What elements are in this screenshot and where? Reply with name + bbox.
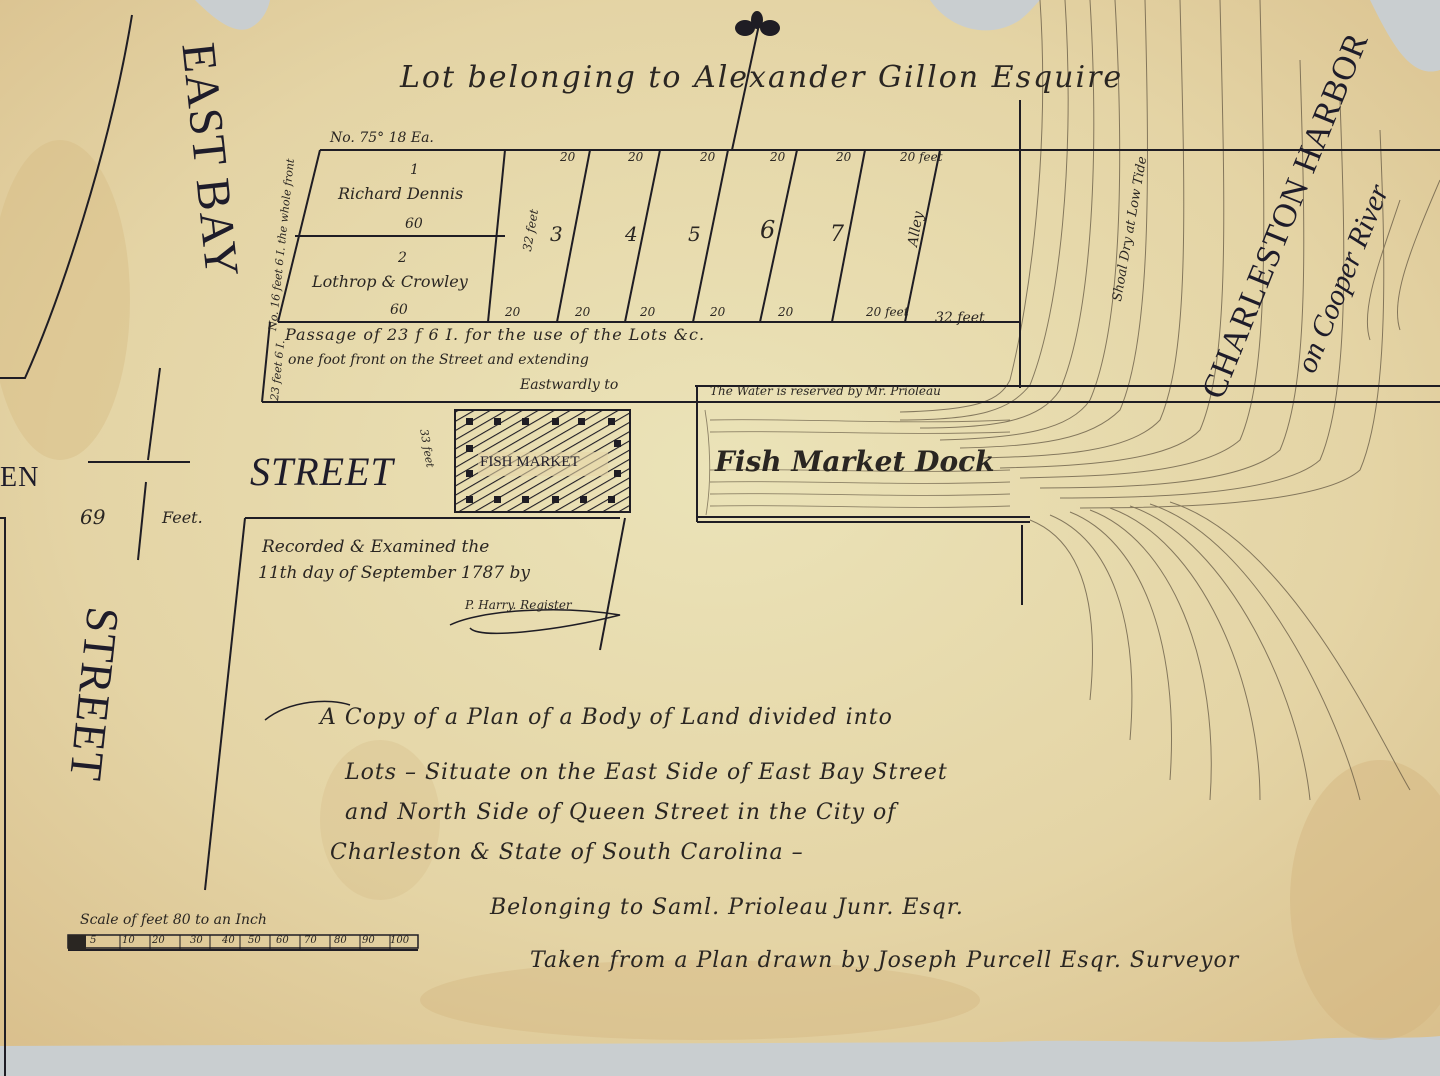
scale-tick: 10 bbox=[122, 935, 135, 946]
adjacent-lot-label: Lot belonging to Alexander Gillon Esquir… bbox=[400, 60, 1123, 95]
recorded-line1: Recorded & Examined the bbox=[262, 537, 489, 557]
passage-note-line2: one foot front on the Street and extendi… bbox=[288, 352, 589, 368]
scale-tick: 5 bbox=[90, 935, 96, 946]
lot-width-top: 20 bbox=[628, 150, 643, 164]
scale-tick: 70 bbox=[304, 935, 317, 946]
title-line4: Charleston & State of South Carolina – bbox=[330, 840, 804, 865]
owner-line: Belonging to Saml. Prioleau Junr. Esqr. bbox=[490, 895, 964, 920]
street-width-number: 69 bbox=[80, 505, 105, 529]
lot-width-bottom: 20 bbox=[640, 305, 655, 319]
lot-6-number: 6 bbox=[760, 216, 775, 244]
lot-width-top: 20 bbox=[700, 150, 715, 164]
scale-tick: 90 bbox=[362, 935, 375, 946]
dock-water-note: The Water is reserved by Mr. Prioleau bbox=[710, 384, 941, 398]
title-line3: and North Side of Queen Street in the Ci… bbox=[345, 800, 896, 825]
surveyor-line: Taken from a Plan drawn by Joseph Purcel… bbox=[530, 948, 1239, 973]
lot-width-top: 20 bbox=[836, 150, 851, 164]
recorded-line2: 11th day of September 1787 by bbox=[258, 563, 530, 583]
scale-tick: 20 bbox=[152, 935, 165, 946]
scale-tick: 80 bbox=[334, 935, 347, 946]
right-width-label: 32 feet bbox=[935, 310, 985, 326]
dock-label: Fish Market Dock bbox=[715, 445, 995, 478]
lot-width-bottom: 20 feet bbox=[866, 305, 909, 319]
register-signature: P. Harry. Register bbox=[465, 598, 572, 612]
lot-2-depth: 60 bbox=[390, 302, 408, 318]
lot-2-number: 2 bbox=[398, 250, 407, 266]
scale-tick: 50 bbox=[248, 935, 261, 946]
lot-5-number: 5 bbox=[688, 222, 701, 246]
lot-width-bottom: 20 bbox=[710, 305, 725, 319]
scale-tick: 40 bbox=[222, 935, 235, 946]
queen-street-partial-label: EN bbox=[0, 462, 39, 494]
passage-note-line3: Eastwardly to bbox=[520, 377, 618, 393]
lot-2-owner: Lothrop & Crowley bbox=[312, 272, 468, 291]
title-line2: Lots – Situate on the East Side of East … bbox=[345, 760, 948, 785]
street-width-feet: Feet. bbox=[162, 508, 203, 527]
scale-title: Scale of feet 80 to an Inch bbox=[80, 912, 267, 928]
lot-4-number: 4 bbox=[625, 222, 638, 246]
lot-width-bottom: 20 bbox=[575, 305, 590, 319]
lot-width-bottom: 20 bbox=[778, 305, 793, 319]
lot-1-number: 1 bbox=[410, 162, 419, 178]
scale-tick: 30 bbox=[190, 935, 203, 946]
fish-market-label: FISH MARKET bbox=[480, 454, 580, 471]
lot-width-top: 20 bbox=[770, 150, 785, 164]
scale-tick: 100 bbox=[390, 935, 409, 946]
lot-3-number: 3 bbox=[550, 222, 563, 246]
lot-width-bottom: 20 bbox=[505, 305, 520, 319]
lot-7-number: 7 bbox=[830, 222, 844, 247]
title-line1: A Copy of a Plan of a Body of Land divid… bbox=[320, 705, 893, 730]
lot-1-depth: 60 bbox=[405, 216, 423, 232]
lot-width-top: 20 feet bbox=[900, 150, 943, 164]
lot-width-top: 20 bbox=[560, 150, 575, 164]
scale-tick: 60 bbox=[276, 935, 289, 946]
passage-note-line1: Passage of 23 f 6 I. for the use of the … bbox=[285, 325, 705, 344]
queen-street-label: STREET bbox=[250, 448, 394, 495]
lot-1-owner: Richard Dennis bbox=[338, 184, 463, 203]
bearing-label: No. 75° 18 Ea. bbox=[330, 130, 434, 146]
